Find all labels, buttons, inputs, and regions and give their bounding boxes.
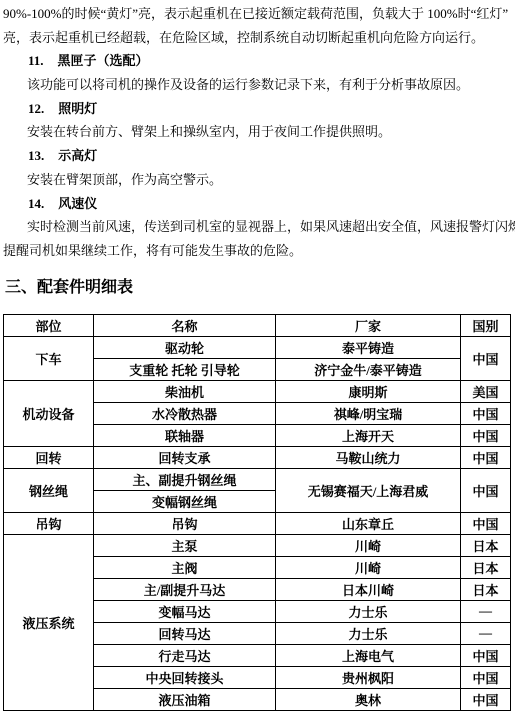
- cell-name: 主、副提升钢丝绳: [94, 468, 276, 490]
- cell-name: 联轴器: [94, 424, 276, 446]
- cell-name: 行走马达: [94, 644, 276, 666]
- item-title: 照明灯: [58, 101, 97, 116]
- cell-vendor: 山东章丘: [276, 512, 461, 534]
- section-title: 三、配套件明细表: [5, 277, 511, 299]
- cell-name: 变幅钢丝绳: [94, 490, 276, 512]
- item-heading-13: 13.示高灯: [3, 144, 511, 168]
- paragraph-line: 提醒司机如果继续工作，将有可能发生事故的危险。: [3, 239, 511, 263]
- cell-country: 日本: [461, 556, 511, 578]
- cell-name: 回转马达: [94, 622, 276, 644]
- paragraph-line: 安装在转台前方、臂架上和操纵室内，用于夜间工作提供照明。: [3, 120, 511, 144]
- item-number: 14.: [28, 192, 44, 216]
- col-header-name: 名称: [94, 314, 276, 336]
- cell-vendor: 马鞍山统力: [276, 446, 461, 468]
- cell-vendor: 贵州枫阳: [276, 666, 461, 688]
- cell-vendor: 济宁金牛/泰平铸造: [276, 358, 461, 380]
- cell-name: 液压油箱: [94, 688, 276, 710]
- cell-vendor: 奥林: [276, 688, 461, 710]
- cell-country: 中国: [461, 666, 511, 688]
- item-title: 示高灯: [58, 148, 97, 163]
- table-row: 回转 回转支承 马鞍山统力 中国: [4, 446, 511, 468]
- cell-name: 驱动轮: [94, 336, 276, 358]
- parts-table: 部位 名称 厂家 国别 下车 驱动轮 泰平铸造 中国 支重轮 托轮 引导轮 济宁…: [3, 314, 511, 711]
- cell-vendor: 川崎: [276, 534, 461, 556]
- cell-name: 支重轮 托轮 引导轮: [94, 358, 276, 380]
- cell-country: 中国: [461, 512, 511, 534]
- cell-name: 回转支承: [94, 446, 276, 468]
- cell-country: —: [461, 600, 511, 622]
- cell-vendor: 上海电气: [276, 644, 461, 666]
- item-heading-14: 14.风速仪: [3, 192, 511, 216]
- item-number: 12.: [28, 97, 44, 121]
- cell-country: 美国: [461, 380, 511, 402]
- item-number: 11.: [28, 49, 44, 73]
- col-header-vendor: 厂家: [276, 314, 461, 336]
- cell-name: 变幅马达: [94, 600, 276, 622]
- cell-name: 柴油机: [94, 380, 276, 402]
- paragraph-line: 亮，表示起重机已经超载，在危险区域，控制系统自动切断起重机向危险方向运行。: [3, 26, 511, 50]
- item-title: 黑匣子（选配）: [58, 53, 149, 68]
- cell-part: 回转: [4, 446, 94, 468]
- cell-name: 吊钩: [94, 512, 276, 534]
- cell-vendor: 川崎: [276, 556, 461, 578]
- paragraph-line: 安装在臂架顶部，作为高空警示。: [3, 168, 511, 192]
- cell-vendor: 泰平铸造: [276, 336, 461, 358]
- cell-name: 水冷散热器: [94, 402, 276, 424]
- cell-part: 钢丝绳: [4, 468, 94, 512]
- cell-name: 主阀: [94, 556, 276, 578]
- cell-vendor: 日本川崎: [276, 578, 461, 600]
- item-heading-11: 11.黑匣子（选配）: [3, 49, 511, 73]
- cell-part: 液压系统: [4, 534, 94, 710]
- cell-country: 中国: [461, 336, 511, 380]
- cell-country: 中国: [461, 688, 511, 710]
- cell-country: —: [461, 622, 511, 644]
- cell-part: 机动设备: [4, 380, 94, 446]
- item-number: 13.: [28, 144, 44, 168]
- paragraph-line: 该功能可以将司机的操作及设备的运行参数记录下来，有利于分析事故原因。: [3, 73, 511, 97]
- document-page: 90%-100%的时候“黄灯”亮，表示起重机在已接近额定载荷范围，负载大于 10…: [0, 0, 515, 711]
- cell-country: 中国: [461, 644, 511, 666]
- table-header-row: 部位 名称 厂家 国别: [4, 314, 511, 336]
- cell-country: 中国: [461, 446, 511, 468]
- cell-vendor: 祺峰/明宝瑞: [276, 402, 461, 424]
- cell-country: 日本: [461, 534, 511, 556]
- table-row: 吊钩 吊钩 山东章丘 中国: [4, 512, 511, 534]
- cell-vendor: 上海开天: [276, 424, 461, 446]
- table-row: 下车 驱动轮 泰平铸造 中国: [4, 336, 511, 358]
- paragraph-line: 90%-100%的时候“黄灯”亮，表示起重机在已接近额定载荷范围，负载大于 10…: [3, 2, 511, 26]
- cell-vendor: 力士乐: [276, 622, 461, 644]
- cell-country: 日本: [461, 578, 511, 600]
- table-row: 液压系统 主泵 川崎 日本: [4, 534, 511, 556]
- body-text: 90%-100%的时候“黄灯”亮，表示起重机在已接近额定载荷范围，负载大于 10…: [3, 2, 511, 263]
- col-header-country: 国别: [461, 314, 511, 336]
- cell-vendor: 康明斯: [276, 380, 461, 402]
- paragraph-line: 实时检测当前风速，传送到司机室的显视器上，如果风速超出安全值，风速报警灯闪烁，: [3, 215, 511, 239]
- cell-vendor: 力士乐: [276, 600, 461, 622]
- cell-name: 主泵: [94, 534, 276, 556]
- cell-country: 中国: [461, 402, 511, 424]
- table-row: 钢丝绳 主、副提升钢丝绳 无锡赛福天/上海君威 中国: [4, 468, 511, 490]
- table-row: 机动设备 柴油机 康明斯 美国: [4, 380, 511, 402]
- col-header-part: 部位: [4, 314, 94, 336]
- item-heading-12: 12.照明灯: [3, 97, 511, 121]
- cell-name: 中央回转接头: [94, 666, 276, 688]
- cell-country: 中国: [461, 424, 511, 446]
- cell-part: 下车: [4, 336, 94, 380]
- cell-part: 吊钩: [4, 512, 94, 534]
- cell-country: 中国: [461, 468, 511, 512]
- cell-vendor: 无锡赛福天/上海君威: [276, 468, 461, 512]
- item-title: 风速仪: [58, 196, 97, 211]
- cell-name: 主/副提升马达: [94, 578, 276, 600]
